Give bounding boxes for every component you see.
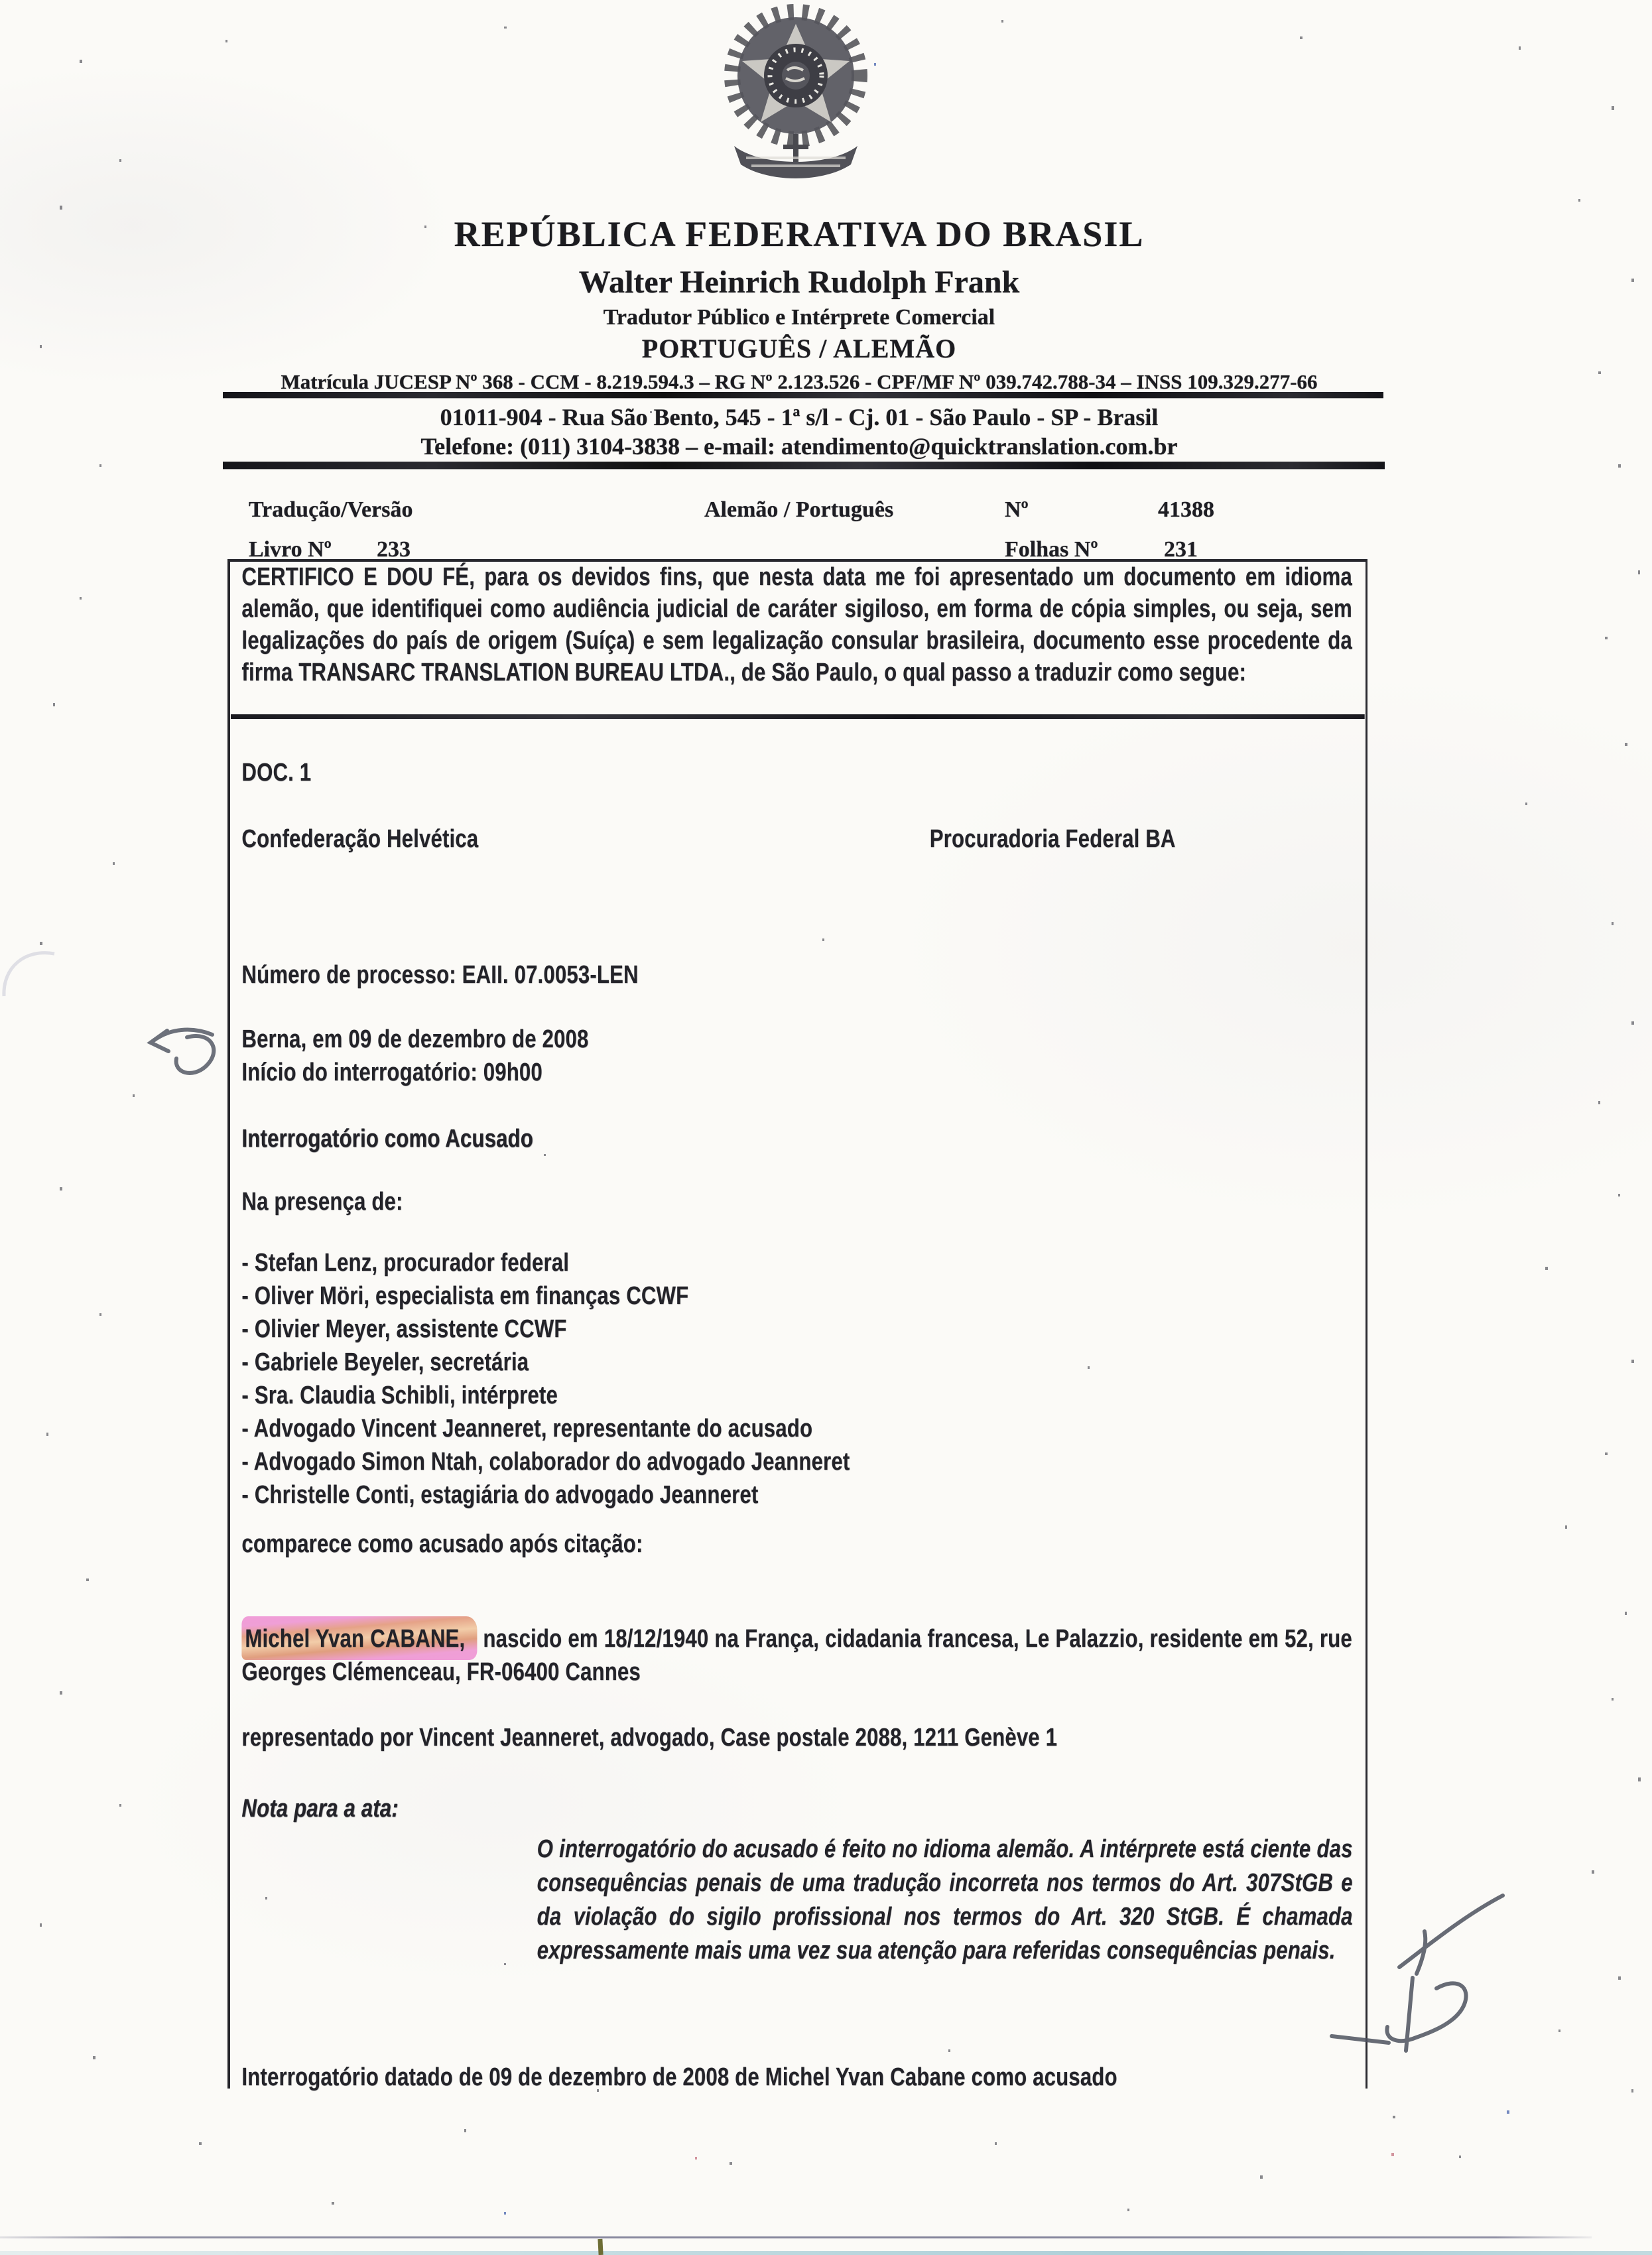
list-item: - Advogado Vincent Jeanneret, representa… — [241, 1412, 850, 1445]
meta-language-pair: Alemão / Português — [704, 497, 893, 523]
list-item: - Sra. Claudia Schibli, intérprete — [241, 1379, 850, 1412]
presence-label: Na presença de: — [241, 1186, 403, 1218]
translator-title: Tradutor Público e Intérprete Comercial — [0, 305, 1598, 330]
language-pair-title: PORTUGUÊS / ALEMÃO — [0, 333, 1598, 364]
list-item: - Gabriele Beyeler, secretária — [241, 1346, 850, 1379]
brazil-coat-of-arms-icon — [713, 4, 879, 190]
page-bottom-edge-line — [0, 2236, 1592, 2238]
contact-line: Telefone: (011) 3104-3838 – e-mail: aten… — [0, 432, 1598, 460]
document-body: CERTIFICO E DOU FÉ, para os devidos fins… — [231, 559, 1365, 2086]
accused-paragraph: Michel Yvan CABANE, nascido em 18/12/194… — [241, 1622, 1352, 1689]
registration-line: Matrícula JUCESP Nº 368 - CCM - 8.219.59… — [0, 370, 1598, 394]
section-title: Interrogatório como Acusado — [241, 1123, 533, 1155]
place-date-line: Berna, em 09 de dezembro de 2008 — [241, 1023, 588, 1055]
highlighted-accused-name: Michel Yvan CABANE, — [241, 1616, 477, 1660]
closing-line: Interrogatório datado de 09 de dezembro … — [241, 2061, 1117, 2093]
certification-paragraph: CERTIFICO E DOU FÉ, para os devidos fins… — [241, 561, 1352, 688]
handwritten-arrow-mark — [151, 1030, 214, 1073]
scanner-edge-strip — [0, 2251, 1652, 2255]
meta-number-label: Nº — [1005, 497, 1029, 523]
list-item: - Olivier Meyer, assistente CCWF — [241, 1313, 850, 1346]
translator-name: Walter Heinrich Rudolph Frank — [0, 264, 1598, 300]
address-line: 01011-904 - Rua São Bento, 545 - 1ª s/l … — [0, 403, 1598, 431]
certification-divider — [231, 714, 1365, 719]
issuer-left-heading: Confederação Helvética — [241, 823, 478, 855]
start-time-line: Início do interrogatório: 09h00 — [241, 1057, 542, 1088]
issuer-right-heading: Procuradoria Federal BA — [930, 823, 1176, 855]
meta-type-label: Tradução/Versão — [249, 497, 413, 523]
list-item: - Oliver Möri, especialista em finanças … — [241, 1279, 850, 1313]
list-item: - Stefan Lenz, procurador federal — [241, 1246, 850, 1279]
attendee-list: - Stefan Lenz, procurador federal - Oliv… — [241, 1246, 850, 1512]
page-title: REPÚBLICA FEDERATIVA DO BRASIL — [0, 214, 1598, 255]
appearance-line: comparece como acusado após citação: — [241, 1528, 643, 1560]
process-number: Número de processo: EAII. 07.0053-LEN — [241, 959, 638, 991]
header-divider-bottom — [223, 462, 1385, 469]
representation-line: representado por Vincent Jeanneret, advo… — [241, 1722, 1057, 1754]
note-paragraph: O interrogatório do acusado é feito no i… — [537, 1833, 1353, 1968]
faint-pen-arc — [4, 953, 54, 996]
list-item: - Christelle Conti, estagiária do advoga… — [241, 1478, 850, 1512]
note-label: Nota para a ata: — [241, 1793, 398, 1825]
scan-noise-red — [695, 2153, 1394, 2159]
doc-label: DOC. 1 — [241, 757, 311, 789]
list-item: - Advogado Simon Ntah, colaborador do ad… — [241, 1445, 850, 1478]
scanned-document-page: REPÚBLICA FEDERATIVA DO BRASIL Walter He… — [0, 0, 1652, 2255]
meta-number-value: 41388 — [1158, 497, 1214, 523]
header-divider-top — [223, 392, 1383, 398]
